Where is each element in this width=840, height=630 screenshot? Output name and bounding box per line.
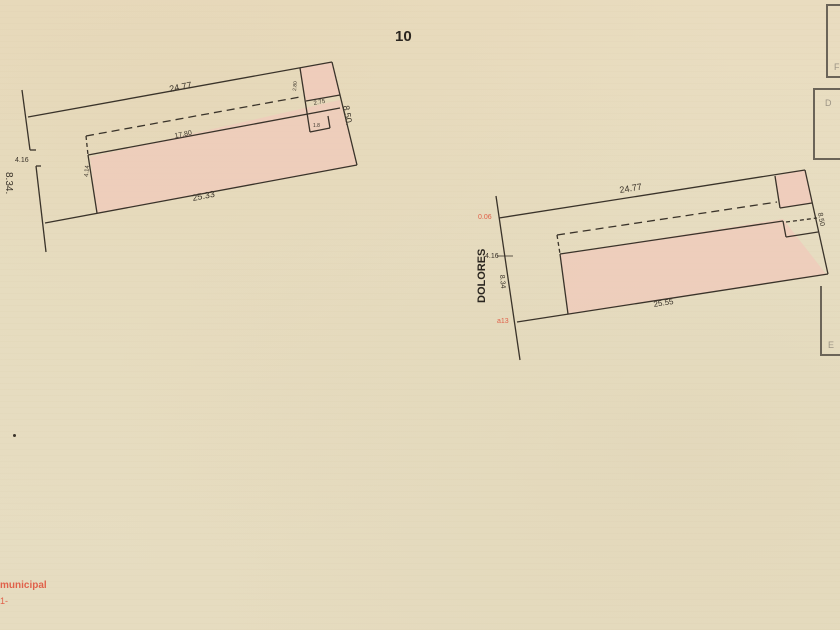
- plan-left-top-length: 24.77.: [168, 79, 194, 94]
- plan-right: [496, 170, 828, 360]
- plan-left-corner-small: 1.8: [313, 123, 320, 129]
- stamp-middle-text: D: [825, 98, 832, 108]
- plan-left: [22, 62, 357, 252]
- survey-plans: 24.77. 25.33 17.80 8.50. 4.16 8.34. 4.14…: [0, 0, 840, 630]
- plan-right-bottom-length: 25.55: [653, 297, 675, 309]
- plan-left-left-offset: 4.16: [15, 157, 29, 164]
- stamp-top: FE: [826, 4, 840, 78]
- plan-left-inner-left-depth: 4.14: [84, 164, 91, 177]
- plan-right-red-top-mark: 0.06: [478, 214, 492, 221]
- ink-dot: [13, 434, 16, 437]
- footer-label: municipal: [0, 580, 47, 591]
- plan-right-left-depth: 8.34: [498, 275, 506, 289]
- plan-right-left-offset: 4.16: [485, 253, 499, 260]
- stamp-middle: D: [813, 88, 840, 160]
- plan-right-built-area: [560, 219, 826, 314]
- stamp-top-text: FE: [834, 62, 840, 72]
- plan-left-corner-top-depth: 2.80: [292, 81, 299, 91]
- plan-left-built-area: [90, 100, 357, 213]
- plan-right-red-bottom-mark: a13: [497, 318, 509, 325]
- stamp-bottom: E: [820, 286, 840, 356]
- stamp-bottom-text: E: [828, 340, 834, 350]
- plan-left-left-depth: 8.34.: [3, 172, 14, 194]
- footer-sub: 1-: [0, 596, 8, 606]
- plan-right-top-length: 24.77: [619, 182, 643, 195]
